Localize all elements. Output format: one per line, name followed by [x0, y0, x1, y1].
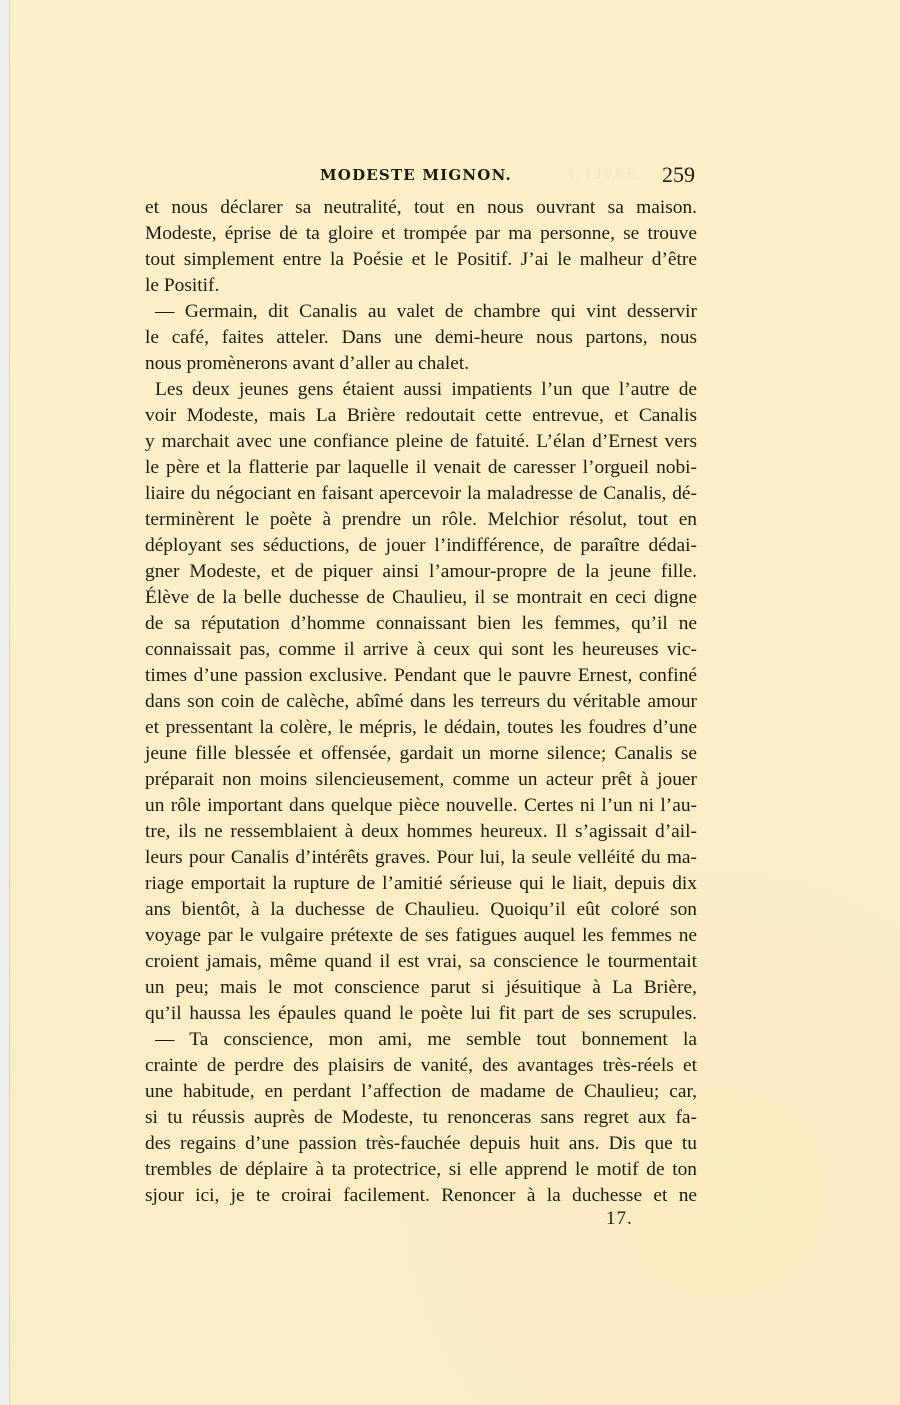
text-line: Les deux jeunes gens étaient aussi impat…	[145, 377, 697, 403]
text-line: voyage par le vulgaire prétexte de ses f…	[145, 923, 697, 949]
text-line: de sa réputation d’homme connaissant bie…	[145, 611, 697, 637]
text-line: ans bientôt, à la duchesse de Chaulieu. …	[145, 897, 697, 923]
text-line: nous promènerons avant d’aller au chalet…	[145, 351, 697, 377]
text-line: — Germain, dit Canalis au valet de chamb…	[145, 299, 697, 325]
text-line: connaissait pas, comme il arrive à ceux …	[145, 637, 697, 663]
text-line: croient jamais, même quand il est vrai, …	[145, 949, 697, 975]
text-line: qu’il haussa les épaules quand le poète …	[145, 1001, 697, 1027]
page-number: 259	[662, 162, 695, 188]
running-title: MODESTE MIGNON.	[320, 166, 512, 184]
text-line: dans son coin de calèche, abîmé dans les…	[145, 689, 697, 715]
text-line: Élève de la belle duchesse de Chaulieu, …	[145, 585, 697, 611]
text-line: tre, ils ne ressemblaient à deux hommes …	[145, 819, 697, 845]
text-line: tout simplement entre la Poésie et le Po…	[145, 247, 697, 273]
text-line: des regains d’une passion très-fauchée d…	[145, 1131, 697, 1157]
text-line: jeune fille blessée et offensée, gardait…	[145, 741, 697, 767]
book-page: I. LIVRE. MODESTE MIGNON. 259 et nous dé…	[9, 0, 900, 1405]
text-line: terminèrent le poète à prendre un rôle. …	[145, 507, 697, 533]
text-line: voir Modeste, mais La Brière redoutait c…	[145, 403, 697, 429]
text-line: un rôle important dans quelque pièce nou…	[145, 793, 697, 819]
text-line: préparait non moins silencieusement, com…	[145, 767, 697, 793]
text-line: times d’une passion exclusive. Pendant q…	[145, 663, 697, 689]
text-line: crainte de perdre des plaisirs de vanité…	[145, 1053, 697, 1079]
signature-mark: 17.	[606, 1208, 633, 1230]
text-line: — Ta conscience, mon ami, me semble tout…	[145, 1027, 697, 1053]
text-line: une habitude, en perdant l’affection de …	[145, 1079, 697, 1105]
text-line: le café, faites atteler. Dans une demi-h…	[145, 325, 697, 351]
text-line: leurs pour Canalis d’intérêts graves. Po…	[145, 845, 697, 871]
text-line: sjour ici, je te croirai facilement. Ren…	[145, 1183, 697, 1209]
text-line: Modeste, éprise de ta gloire et trompée …	[145, 221, 697, 247]
text-line: et nous déclarer sa neutralité, tout en …	[145, 195, 697, 221]
text-line: déployant ses séductions, de jouer l’ind…	[145, 533, 697, 559]
running-head: MODESTE MIGNON. 259	[145, 163, 697, 187]
text-line: si tu réussis auprès de Modeste, tu reno…	[145, 1105, 697, 1131]
text-line: trembles de déplaire à ta protectrice, s…	[145, 1157, 697, 1183]
text-line: gner Modeste, et de piquer ainsi l’amour…	[145, 559, 697, 585]
text-line: liaire du négociant en faisant apercevoi…	[145, 481, 697, 507]
text-line: et pressentant la colère, le mépris, le …	[145, 715, 697, 741]
text-line: le père et la flatterie par laquelle il …	[145, 455, 697, 481]
text-line: riage emportait la rupture de l’amitié s…	[145, 871, 697, 897]
text-line: le Positif.	[145, 273, 697, 299]
text-line: un peu; mais le mot conscience parut si …	[145, 975, 697, 1001]
body-text: et nous déclarer sa neutralité, tout en …	[145, 195, 697, 1209]
text-line: y marchait avec une confiance pleine de …	[145, 429, 697, 455]
